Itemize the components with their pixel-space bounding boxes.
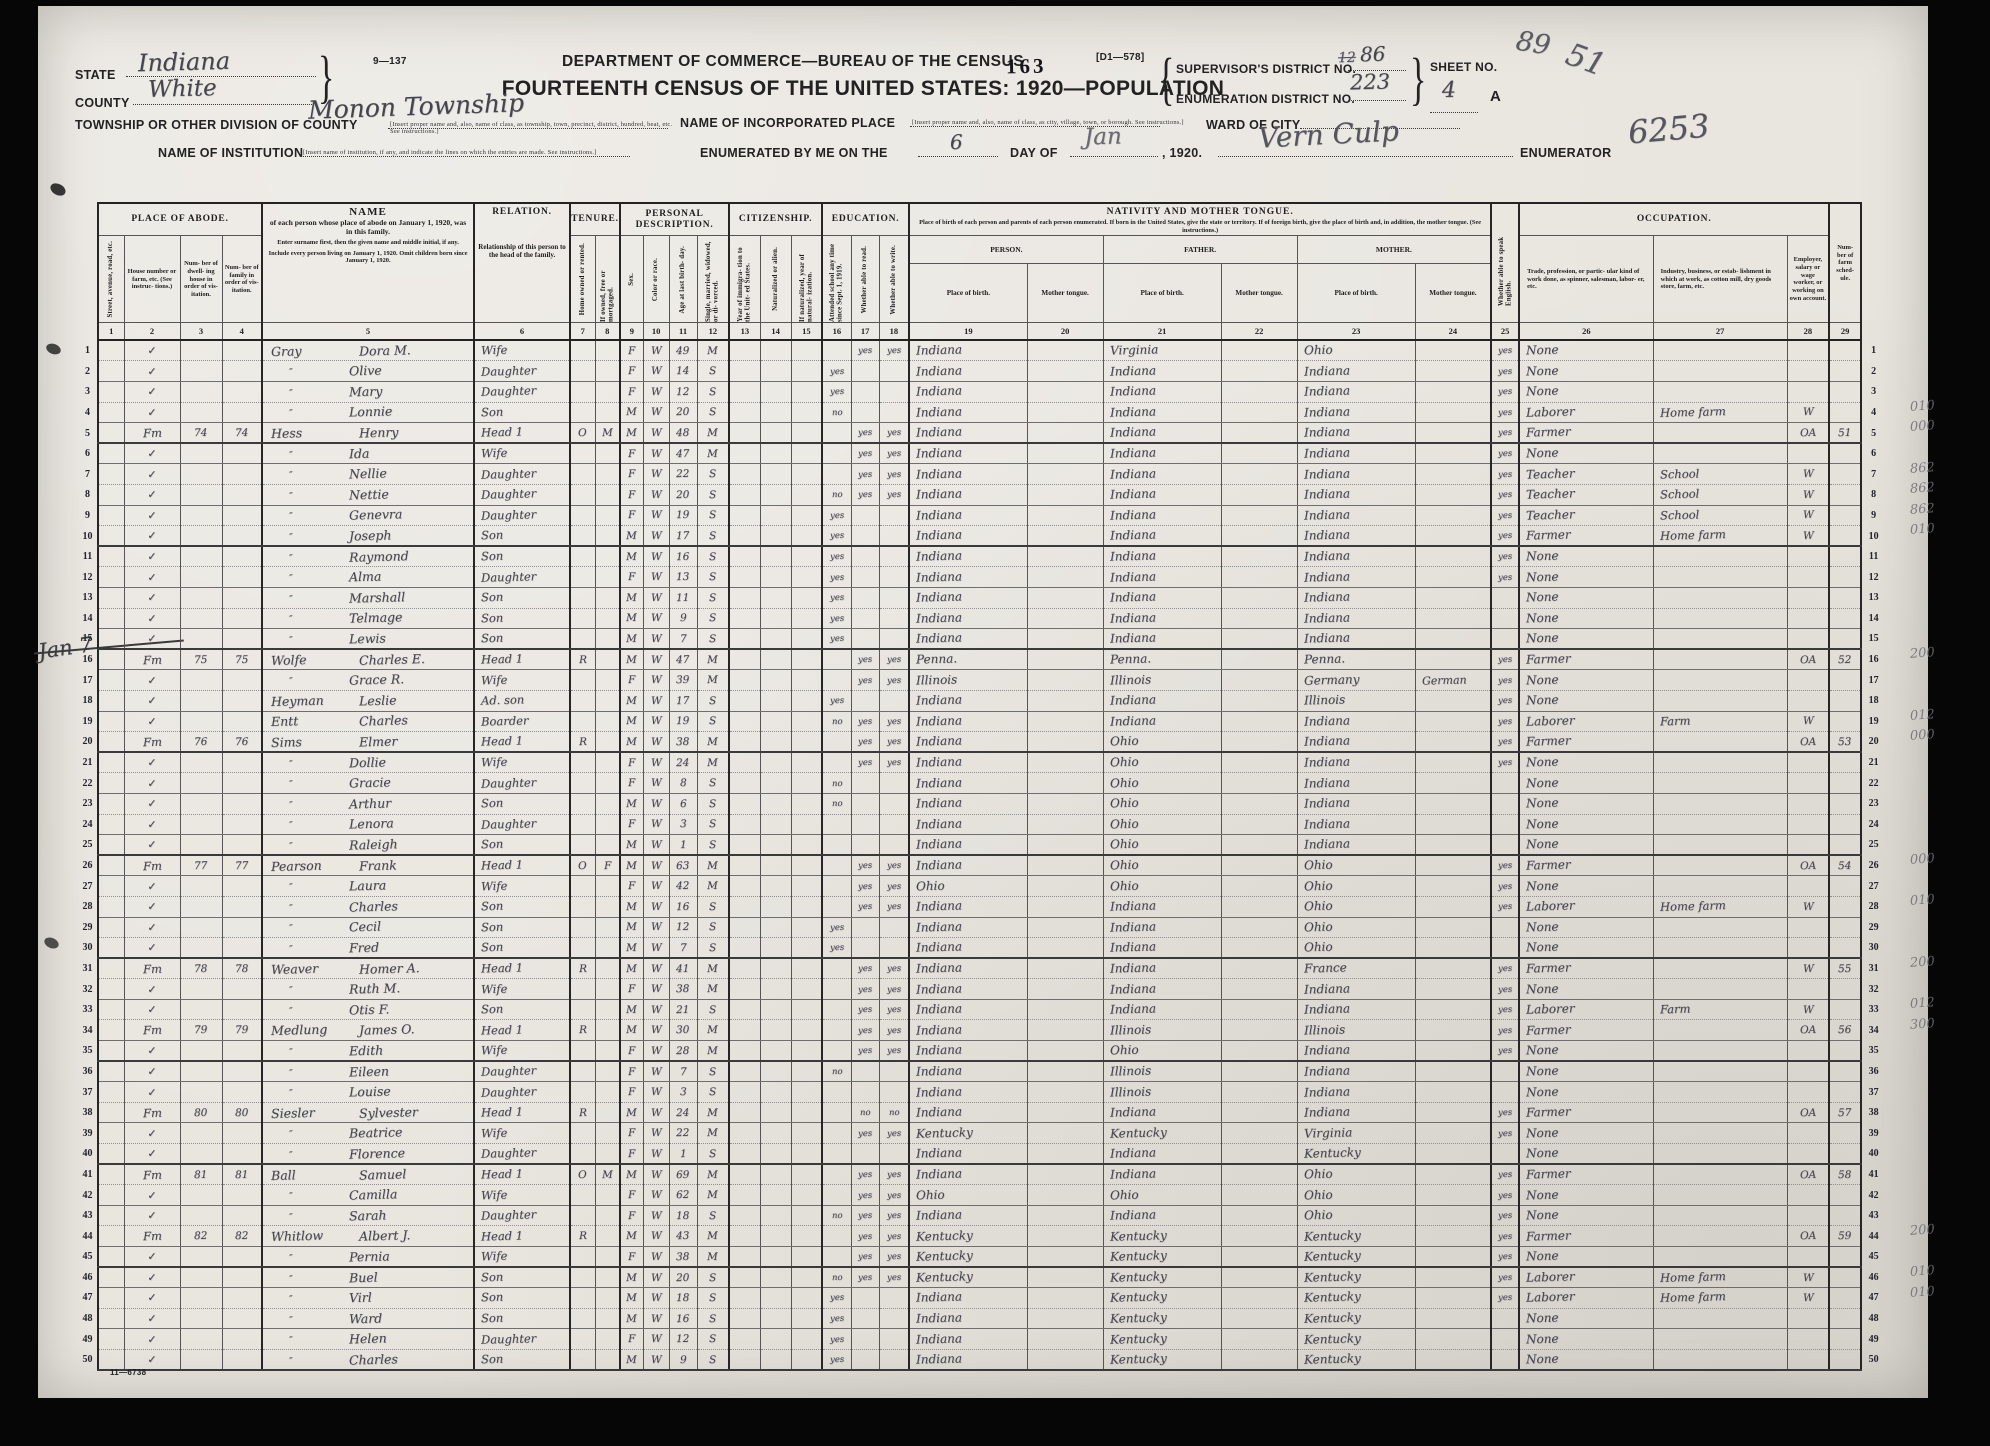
handwritten-text: Kentucky [1109,1290,1166,1305]
handwritten-text: ″ [263,943,345,956]
handwritten-text: ✓ [147,1333,156,1346]
cell-marital-status: S [697,402,729,423]
cell-dwelling-number [180,1288,222,1309]
cell-house-or-farm: ✓ [124,1185,180,1206]
handwritten-text: S [709,633,717,645]
handwritten-text: Indiana [1109,590,1155,605]
cell-house-or-farm: ✓ [124,793,180,814]
cell-marital-status: S [697,588,729,609]
cell-trade: None [1519,1329,1653,1350]
cell-dwelling-number: 80 [180,1102,222,1123]
handwritten-text: yes [1498,1273,1512,1283]
handwritten-text: Wife [481,1249,508,1264]
handwritten-text: None [1526,1352,1559,1367]
cell-immigration-year [729,855,760,876]
cell-sex: M [620,793,643,814]
handwritten-text: Kentucky [916,1269,973,1284]
handwritten-text: Indiana [1303,631,1349,646]
form-element: House number or farm, etc. (See instruc-… [126,267,179,292]
handwritten-text: Virl [345,1290,372,1306]
cell-mother-mother-tongue [1415,752,1491,773]
cell-mother-mother-tongue: German [1415,670,1491,691]
cell-person-mother-tongue [1027,505,1103,526]
group-personal-description: PERSONAL DESCRIPTION. [620,203,729,236]
census-form-paper: 9—137 DEPARTMENT OF COMMERCE—BUREAU OF T… [38,6,1928,1398]
handwritten-text: None [1526,693,1559,708]
cell-attended-school [822,752,851,773]
handwritten-text: Kentucky [1303,1248,1360,1263]
handwritten-text: F [628,509,636,521]
cell-relation: Daughter [474,485,570,506]
handwritten-text: no [831,799,842,809]
col-dwelling-number: Num- ber of dwell- ing house in order of… [180,236,222,323]
cell-mother-mother-tongue [1415,1082,1491,1103]
cell-farm-schedule-number [1829,1267,1861,1288]
handwritten-text: yes [887,902,901,912]
cell-father-place-of-birth: Ohio [1103,793,1221,814]
cell-naturalized [760,1288,791,1309]
handwritten-text: Kentucky [1303,1290,1360,1305]
cell-naturalization-year [791,1082,822,1103]
handwritten-text: Beatrice [345,1124,403,1140]
line-number-right: 31 [1861,958,1885,979]
cell-street [98,1102,124,1123]
cell-father-place-of-birth: Ohio [1103,814,1221,835]
cell-color-race: W [643,999,669,1020]
cell-employer-class [1787,1308,1829,1329]
cell-house-or-farm: ✓ [124,567,180,588]
handwritten-text: Son [481,940,504,955]
handwritten-text: Indiana [1109,549,1155,564]
cell-age: 9 [669,608,697,629]
handwritten-text: S [709,509,717,521]
district-brace-right: } [1410,49,1426,114]
cell-street [98,629,124,650]
handwritten-text: Sylvester [355,1104,418,1121]
handwritten-text: yes [1498,408,1512,418]
cell-trade: Farmer [1519,1102,1653,1123]
cell-farm-schedule-number [1829,1123,1861,1144]
cell-father-mother-tongue [1221,1144,1297,1165]
cell-person-place-of-birth: Indiana [909,999,1027,1020]
handwritten-text: Heyman [263,692,355,709]
stamp-number: 163 [1006,54,1047,80]
handwritten-text: Ohio [1109,837,1138,852]
cell-person-place-of-birth: Indiana [909,835,1027,856]
cell-relation: Son [474,1349,570,1370]
cell-family-number: 81 [222,1164,262,1185]
cell-able-to-read: yes [851,752,879,773]
handwritten-text: ″ [263,634,345,647]
handwritten-text: Indiana [1109,1208,1155,1223]
handwritten-text: yes [858,346,872,356]
handwritten-text: yes [830,1355,844,1365]
line-number-right: 15 [1861,629,1885,650]
handwritten-text: ✓ [147,983,156,996]
cell-speaks-english: yes [1491,546,1519,567]
nativity-father-header: FATHER. [1103,236,1297,264]
cell-trade: None [1519,546,1653,567]
handwritten-text: ″ [263,778,345,791]
cell-age: 20 [669,1267,697,1288]
cell-marital-status: S [697,361,729,382]
census-row: 23✓″ArthurSonMW6SnoIndianaOhioIndianaNon… [78,793,1885,814]
handwritten-text: yes [887,1190,901,1200]
cell-house-or-farm: Fm [124,958,180,979]
handwritten-text: Head 1 [481,425,523,440]
col-immigration-year: Year of immigra- tion to the Unit- ed St… [729,236,760,323]
line-number-right: 27 [1861,876,1885,897]
cell-speaks-english: yes [1491,999,1519,1020]
handwritten-text: 78 [235,963,249,975]
cell-dwelling-number: 78 [180,958,222,979]
handwritten-text: Whitlow [263,1227,355,1244]
cell-employer-class [1787,1041,1829,1062]
cell-able-to-write: yes [879,1205,909,1226]
cell-relation: Wife [474,1247,570,1268]
cell-employer-class: OA [1787,732,1829,753]
cell-person-place-of-birth: Indiana [909,1041,1027,1062]
cell-immigration-year [729,361,760,382]
cell-free-mortgaged [595,896,620,917]
father-mother-tongue-header: Mother tongue. [1221,263,1297,322]
handwritten-text: ″ [263,1251,345,1264]
cell-person-place-of-birth: Indiana [909,1144,1027,1165]
handwritten-text: German [1421,673,1466,687]
handwritten-text: 47 [676,654,690,666]
handwritten-text: M [626,1312,637,1324]
cell-attended-school [822,443,851,464]
form-element: Home owned or rented. [579,243,587,315]
cell-mother-place-of-birth: Indiana [1297,505,1415,526]
column-number: 25 [1491,323,1519,341]
cell-dwelling-number [180,835,222,856]
handwritten-text: F [628,1189,636,1201]
cell-relation: Daughter [474,361,570,382]
handwritten-text: Ohio [916,878,945,893]
cell-marital-status: M [697,1102,729,1123]
cell-father-mother-tongue [1221,588,1297,609]
cell-home-owned [570,608,595,629]
handwritten-text: Helen [345,1331,387,1347]
handwritten-text: W [651,715,662,727]
line-number-right: 45 [1861,1247,1885,1268]
handwritten-text: W [651,592,662,604]
cell-father-mother-tongue [1221,546,1297,567]
handwritten-text: Laborer [1526,899,1575,914]
handwritten-text: 53 [1838,736,1852,748]
cell-person-mother-tongue [1027,485,1103,506]
cell-name: ″Laura [262,876,474,897]
cell-family-number [222,629,262,650]
cell-person-mother-tongue [1027,876,1103,897]
cell-naturalized [760,1020,791,1041]
cell-trade: Farmer [1519,526,1653,547]
handwritten-text: W [651,1353,662,1365]
handwritten-text: 38 [676,736,690,748]
column-number: 1 [98,323,124,341]
cell-father-mother-tongue [1221,958,1297,979]
column-number: 29 [1829,323,1861,341]
cell-mother-place-of-birth: Kentucky [1297,1349,1415,1370]
handwritten-text: ✓ [147,674,156,687]
cell-trade: None [1519,1349,1653,1370]
form-element: Street, avenue, road, etc. [107,241,115,318]
cell-family-number [222,999,262,1020]
cell-free-mortgaged [595,814,620,835]
cell-marital-status: S [697,814,729,835]
cell-mother-mother-tongue [1415,1267,1491,1288]
cell-family-number [222,1267,262,1288]
cell-dwelling-number: 82 [180,1226,222,1247]
cell-mother-place-of-birth: Virginia [1297,1123,1415,1144]
cell-father-mother-tongue [1221,1020,1297,1041]
handwritten-text: ✓ [147,1250,156,1263]
handwritten-text: Indiana [916,734,962,749]
cell-able-to-write [879,526,909,547]
handwritten-text: ″ [263,1190,345,1203]
cell-able-to-read [851,1061,879,1082]
handwritten-text: 55 [1838,963,1852,975]
handwritten-text: W [1802,1292,1813,1304]
handwritten-text: F [628,983,636,995]
cell-father-mother-tongue [1221,1041,1297,1062]
cell-able-to-write [879,1288,909,1309]
handwritten-text: W [651,633,662,645]
handwritten-text: yes [830,923,844,933]
handwritten-text: no [860,1108,871,1118]
cell-free-mortgaged [595,485,620,506]
handwritten-text: F [628,1250,636,1262]
mother-mother-tongue-header: Mother tongue. [1415,263,1491,322]
cell-immigration-year [729,1102,760,1123]
cell-color-race: W [643,711,669,732]
cell-sex: M [620,1226,643,1247]
cell-marital-status: M [697,1020,729,1041]
handwritten-text: W [1802,1004,1813,1016]
cell-age: 39 [669,670,697,691]
cell-attended-school: yes [822,608,851,629]
handwritten-text: W [651,468,662,480]
cell-immigration-year [729,711,760,732]
cell-name: ″Louise [262,1082,474,1103]
cell-employer-class [1787,1349,1829,1370]
cell-employer-class [1787,608,1829,629]
district-brace-left: { [1158,49,1174,114]
cell-industry: Farm [1653,711,1787,732]
cell-trade: Teacher [1519,505,1653,526]
handwritten-text: Farm [1659,1002,1690,1017]
handwritten-text: yes [1498,737,1512,747]
cell-color-race: W [643,608,669,629]
cell-dwelling-number [180,876,222,897]
handwritten-text: M [707,674,718,686]
cell-sex: F [620,814,643,835]
group-occupation: OCCUPATION. [1519,203,1829,236]
handwritten-text: Daughter [481,1331,537,1346]
census-row: 12✓″AlmaDaughterFW13SyesIndianaIndianaIn… [78,567,1885,588]
cell-street [98,1020,124,1041]
census-table-header: PLACE OF ABODE. NAME of each person whos… [78,203,1885,340]
cell-able-to-read: yes [851,732,879,753]
handwritten-text: Indiana [916,404,962,419]
cell-person-place-of-birth: Indiana [909,340,1027,361]
line-number-right: 39 [1861,1123,1885,1144]
handwritten-text: Indiana [916,446,962,461]
handwritten-text: S [709,901,717,913]
cell-relation: Son [474,546,570,567]
handwritten-text: Cecil [345,919,381,935]
line-number-right: 13 [1861,588,1885,609]
cell-father-mother-tongue [1221,814,1297,835]
cell-dwelling-number [180,340,222,361]
cell-relation: Wife [474,1185,570,1206]
handwritten-text: 22 [676,468,690,480]
handwritten-text: Kentucky [1303,1351,1360,1366]
cell-trade: Laborer [1519,999,1653,1020]
handwritten-text: Kentucky [916,1228,973,1243]
handwritten-text: School [1659,487,1699,502]
handwritten-text: ″ [263,799,345,812]
cell-relation: Daughter [474,814,570,835]
handwritten-text: Son [481,1270,504,1285]
handwritten-text: Kentucky [1109,1351,1166,1366]
cell-marital-status: S [697,690,729,711]
handwritten-text: Indiana [916,1208,962,1223]
cell-employer-class [1787,752,1829,773]
cell-color-race: W [643,1205,669,1226]
cell-sex: F [620,1329,643,1350]
column-number: 12 [697,323,729,341]
form-element: Trade, profession, or partic- ular kind … [1521,266,1652,293]
handwritten-text: W [651,551,662,563]
handwritten-text: F [628,1210,636,1222]
cell-street [98,588,124,609]
cell-mother-place-of-birth: Indiana [1297,423,1415,444]
cell-able-to-read [851,526,879,547]
cell-relation: Son [474,999,570,1020]
handwritten-text: ✓ [147,1147,156,1160]
supervisor-label: SUPERVISOR'S DISTRICT NO. [1176,62,1356,76]
handwritten-text: S [709,1292,717,1304]
handwritten-text: yes [887,1129,901,1139]
handwritten-text: M [602,427,613,439]
census-row: 40✓″FlorenceDaughterFW1SIndianaIndianaKe… [78,1144,1885,1165]
cell-name: ″Buel [262,1267,474,1288]
cell-able-to-read [851,567,879,588]
cell-person-place-of-birth: Ohio [909,1185,1027,1206]
handwritten-text: Home farm [1659,898,1725,914]
cell-sex: M [620,855,643,876]
cell-house-or-farm: ✓ [124,999,180,1020]
cell-able-to-read: yes [851,670,879,691]
cell-mother-mother-tongue [1415,793,1491,814]
day-of-label: DAY OF [1010,146,1058,160]
cell-trade: Farmer [1519,855,1653,876]
cell-street [98,1329,124,1350]
handwritten-text: yes [858,1005,872,1015]
handwritten-text: W [651,942,662,954]
cell-free-mortgaged [595,464,620,485]
handwritten-text: yes [887,1026,901,1036]
cell-attended-school [822,464,851,485]
cell-naturalization-year [791,835,822,856]
handwritten-text: no [831,1067,842,1077]
cell-trade: None [1519,1308,1653,1329]
cell-father-place-of-birth: Virginia [1103,340,1221,361]
cell-able-to-read [851,793,879,814]
handwritten-text: 18 [676,1292,690,1304]
cell-trade: None [1519,1082,1653,1103]
cell-speaks-english: yes [1491,464,1519,485]
cell-speaks-english: yes [1491,979,1519,1000]
census-table-wrap: PLACE OF ABODE. NAME of each person whos… [78,202,1908,1371]
cell-age: 14 [669,361,697,382]
cell-father-place-of-birth: Ohio [1103,1185,1221,1206]
cell-naturalization-year [791,979,822,1000]
cell-dwelling-number [180,917,222,938]
handwritten-text: 16 [676,1312,690,1324]
cell-person-place-of-birth: Kentucky [909,1247,1027,1268]
handwritten-text: M [707,1044,718,1056]
handwritten-text: W [651,1230,662,1242]
handwritten-text: F [628,1066,636,1078]
cell-relation: Son [474,1267,570,1288]
handwritten-text: S [709,1004,717,1016]
handwritten-text: Ruth M. [345,980,401,996]
cell-house-or-farm: ✓ [124,835,180,856]
handwritten-text: Indiana [1109,981,1155,996]
cell-relation: Wife [474,979,570,1000]
cell-person-mother-tongue [1027,1102,1103,1123]
form-element: RELATION. [477,207,567,217]
cell-speaks-english: yes [1491,1020,1519,1041]
handwritten-text: Wife [481,343,508,358]
cell-industry [1653,1041,1787,1062]
cell-mother-place-of-birth: Ohio [1297,876,1415,897]
column-number: 16 [822,323,851,341]
cell-marital-status: S [697,608,729,629]
handwritten-text: M [626,1107,637,1119]
cell-person-place-of-birth: Indiana [909,464,1027,485]
incorporated-hint: [Insert proper name and, also, name of c… [912,119,1192,126]
cell-father-place-of-birth: Indiana [1103,896,1221,917]
col-industry: Industry, business, or estab- lishment i… [1653,236,1787,323]
state-value: Indiana [138,47,231,77]
handwritten-text: S [709,695,717,707]
cell-employer-class [1787,835,1829,856]
line-number-right: 8 [1861,485,1885,506]
cell-marital-status: S [697,526,729,547]
handwritten-text: Home farm [1659,1290,1725,1306]
cell-immigration-year [729,876,760,897]
handwritten-text: yes [858,675,872,685]
handwritten-text: Farmer [1526,1022,1571,1037]
handwritten-text: yes [858,1046,872,1056]
cell-immigration-year [729,423,760,444]
cell-naturalized [760,1082,791,1103]
cell-attended-school: yes [822,1349,851,1370]
handwritten-text: Farmer [1526,425,1571,440]
census-row: 19✓EnttCharlesBoarderMW19SnoyesyesIndian… [78,711,1885,732]
handwritten-text: W [651,365,662,377]
handwritten-text: S [709,571,717,583]
handwritten-text: Ohio [1303,940,1332,955]
cell-employer-class [1787,629,1829,650]
cell-person-mother-tongue [1027,855,1103,876]
cell-mother-mother-tongue [1415,361,1491,382]
handwritten-text: yes [1498,511,1512,521]
